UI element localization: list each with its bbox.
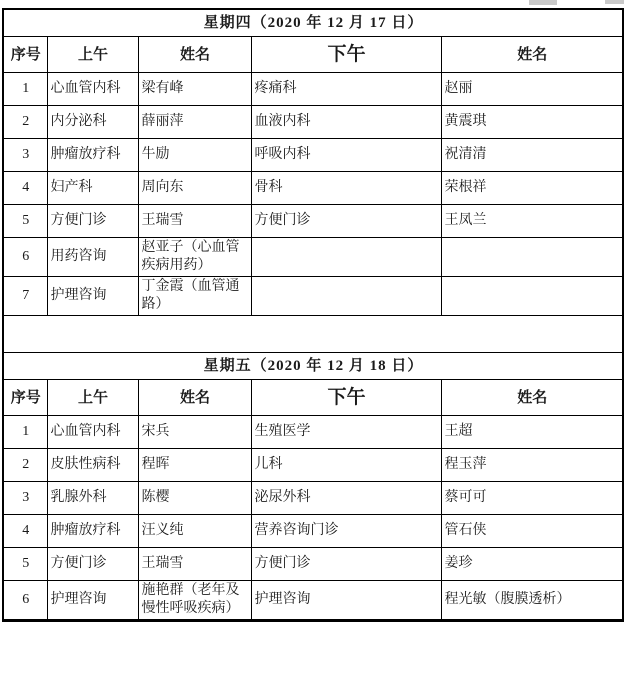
table-cell: 肿瘤放疗科 — [47, 139, 138, 172]
table-title-row: 星期四（2020 年 12 月 17 日） — [3, 9, 623, 37]
table-cell: 赵丽 — [441, 73, 623, 106]
table-cell: 泌尿外科 — [251, 482, 441, 515]
table-cell: 心血管内科 — [47, 73, 138, 106]
table-cell: 王瑞雪 — [138, 548, 251, 581]
table-cell: 生殖医学 — [251, 416, 441, 449]
table-title: 星期四（2020 年 12 月 17 日） — [3, 9, 623, 37]
table-row: 1心血管内科宋兵生殖医学王超 — [3, 416, 623, 449]
table-cell: 梁有峰 — [138, 73, 251, 106]
table-cell: 4 — [3, 515, 47, 548]
table-cell: 6 — [3, 581, 47, 621]
scan-artifact-mark — [605, 0, 624, 4]
table-cell: 用药咨询 — [47, 238, 138, 277]
table-row: 7护理咨询丁金霞（血管通路） — [3, 277, 623, 316]
table-cell — [441, 277, 623, 316]
column-header: 上午 — [47, 380, 138, 416]
table-cell: 护理咨询 — [47, 581, 138, 621]
table-cell: 肿瘤放疗科 — [47, 515, 138, 548]
table-cell: 王凤兰 — [441, 205, 623, 238]
table-cell: 6 — [3, 238, 47, 277]
table-cell: 营养咨询门诊 — [251, 515, 441, 548]
column-header: 序号 — [3, 380, 47, 416]
table-cell: 王瑞雪 — [138, 205, 251, 238]
table-row: 5方便门诊王瑞雪方便门诊姜珍 — [3, 548, 623, 581]
table-cell: 陈樱 — [138, 482, 251, 515]
table-cell: 护理咨询 — [251, 581, 441, 621]
table-cell: 5 — [3, 205, 47, 238]
table-cell: 3 — [3, 139, 47, 172]
table-cell: 7 — [3, 277, 47, 316]
table-cell: 黄震琪 — [441, 106, 623, 139]
table-row: 4妇产科周向东骨科荣根祥 — [3, 172, 623, 205]
table-cell: 骨科 — [251, 172, 441, 205]
duty-schedule-table: 星期四（2020 年 12 月 17 日）序号上午姓名下午姓名1心血管内科梁有峰… — [2, 8, 624, 622]
table-row: 3乳腺外科陈樱泌尿外科蔡可可 — [3, 482, 623, 515]
table-cell: 内分泌科 — [47, 106, 138, 139]
table-cell: 方便门诊 — [251, 205, 441, 238]
table-title-row: 星期五（2020 年 12 月 18 日） — [3, 353, 623, 380]
table-row: 5方便门诊王瑞雪方便门诊王凤兰 — [3, 205, 623, 238]
table-cell: 施艳群（老年及慢性呼吸疾病） — [138, 581, 251, 621]
column-header: 姓名 — [138, 380, 251, 416]
table-cell: 护理咨询 — [47, 277, 138, 316]
table-row: 6用药咨询赵亚子（心血管疾病用药） — [3, 238, 623, 277]
table-cell: 宋兵 — [138, 416, 251, 449]
table-cell: 2 — [3, 449, 47, 482]
table-cell: 方便门诊 — [47, 205, 138, 238]
table-header-row: 序号上午姓名下午姓名 — [3, 380, 623, 416]
scan-artifact-mark — [529, 0, 557, 5]
table-cell: 1 — [3, 73, 47, 106]
table-cell: 程玉萍 — [441, 449, 623, 482]
table-cell: 程晖 — [138, 449, 251, 482]
table-cell: 汪义纯 — [138, 515, 251, 548]
table-row: 4肿瘤放疗科汪义纯营养咨询门诊管石侠 — [3, 515, 623, 548]
table-title: 星期五（2020 年 12 月 18 日） — [3, 353, 623, 380]
table-row: 2皮肤性病科程晖儿科程玉萍 — [3, 449, 623, 482]
column-header: 上午 — [47, 37, 138, 73]
table-cell — [251, 277, 441, 316]
table-row: 6护理咨询施艳群（老年及慢性呼吸疾病）护理咨询程光敏（腹膜透析） — [3, 581, 623, 621]
table-cell: 薛丽萍 — [138, 106, 251, 139]
table-cell: 王超 — [441, 416, 623, 449]
table-cell: 荣根祥 — [441, 172, 623, 205]
table-cell: 3 — [3, 482, 47, 515]
table-cell: 4 — [3, 172, 47, 205]
table-cell: 蔡可可 — [441, 482, 623, 515]
column-header: 姓名 — [441, 380, 623, 416]
column-header: 姓名 — [441, 37, 623, 73]
duty-schedule-body: 星期四（2020 年 12 月 17 日）序号上午姓名下午姓名1心血管内科梁有峰… — [3, 9, 623, 621]
table-header-row: 序号上午姓名下午姓名 — [3, 37, 623, 73]
table-cell: 血液内科 — [251, 106, 441, 139]
spacer-row — [3, 316, 623, 353]
table-cell: 5 — [3, 548, 47, 581]
table-cell: 赵亚子（心血管疾病用药） — [138, 238, 251, 277]
column-header: 下午 — [251, 37, 441, 73]
table-row: 3肿瘤放疗科牛励呼吸内科祝清清 — [3, 139, 623, 172]
table-cell: 牛励 — [138, 139, 251, 172]
table-cell: 祝清清 — [441, 139, 623, 172]
spacer-cell — [3, 316, 623, 353]
table-cell: 乳腺外科 — [47, 482, 138, 515]
table-cell: 妇产科 — [47, 172, 138, 205]
table-cell: 管石侠 — [441, 515, 623, 548]
table-cell: 周向东 — [138, 172, 251, 205]
column-header: 序号 — [3, 37, 47, 73]
table-row: 1心血管内科梁有峰疼痛科赵丽 — [3, 73, 623, 106]
table-row: 2内分泌科薛丽萍血液内科黄震琪 — [3, 106, 623, 139]
column-header: 下午 — [251, 380, 441, 416]
table-cell — [441, 238, 623, 277]
table-cell: 心血管内科 — [47, 416, 138, 449]
table-cell: 方便门诊 — [251, 548, 441, 581]
table-cell: 丁金霞（血管通路） — [138, 277, 251, 316]
table-cell: 1 — [3, 416, 47, 449]
table-cell: 方便门诊 — [47, 548, 138, 581]
table-cell: 儿科 — [251, 449, 441, 482]
table-cell: 程光敏（腹膜透析） — [441, 581, 623, 621]
table-cell: 皮肤性病科 — [47, 449, 138, 482]
table-cell: 姜珍 — [441, 548, 623, 581]
column-header: 姓名 — [138, 37, 251, 73]
table-cell: 疼痛科 — [251, 73, 441, 106]
table-cell: 呼吸内科 — [251, 139, 441, 172]
table-cell — [251, 238, 441, 277]
table-cell: 2 — [3, 106, 47, 139]
